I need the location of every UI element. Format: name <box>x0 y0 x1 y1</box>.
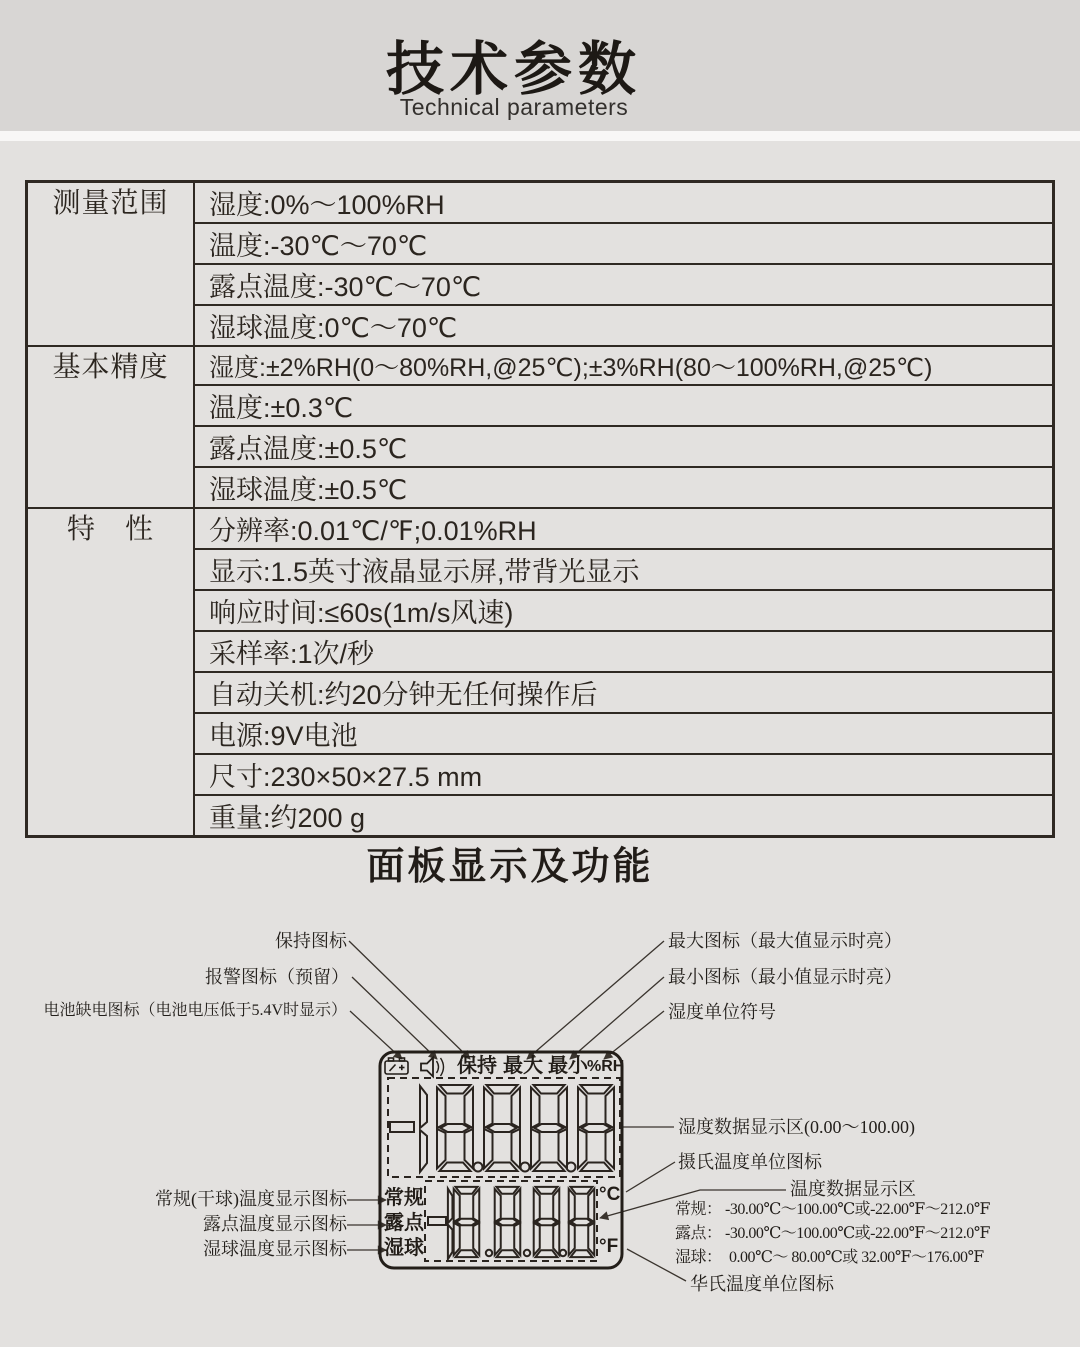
decimal-points <box>474 1163 576 1172</box>
panel-section-title: 面板显示及功能 <box>366 846 653 888</box>
spec-table: 测量范围 湿度:0%～100%RH 温度:-30℃～70℃ 露点温度:-30℃～… <box>25 180 1055 838</box>
callout-rh-unit: 湿度单位符号 <box>668 1001 776 1024</box>
spec-cell: 湿度:±2%RH(0～80%RH,@25℃);±3%RH(80～100%RH,@… <box>194 346 1054 385</box>
digit-8 <box>531 1085 567 1171</box>
spec-cell: 电源:9V电池 <box>194 713 1054 754</box>
digit-8 <box>484 1085 520 1171</box>
digit-8 <box>454 1187 480 1257</box>
callout-battery-icon: 电池缺电图标（电池电压低于5.4V时显示） <box>43 1001 347 1022</box>
spec-cell: 响应时间:≤60s(1m/s风速) <box>194 590 1054 631</box>
divider-strip <box>0 131 1080 141</box>
digit-8 <box>534 1187 560 1257</box>
callout-celsius-icon: 摄氏温度单位图标 <box>678 1151 822 1174</box>
digit-8 <box>569 1187 595 1257</box>
spec-cell: 温度:±0.3℃ <box>194 385 1054 426</box>
spec-cell: 分辨率:0.01℃/℉;0.01%RH <box>194 508 1054 549</box>
spec-cell: 露点温度:±0.5℃ <box>194 426 1054 467</box>
lcd-celsius-unit: °C <box>599 1185 620 1206</box>
callout-hold-icon: 保持图标 <box>275 930 347 953</box>
temp-range-wetbulb: 湿球： 0.00℃～ 80.00℃或 32.00℉～176.00℉ <box>675 1248 984 1269</box>
lcd-dewpoint-label: 露点 <box>384 1212 424 1234</box>
callout-dewpoint-temp-icon: 露点温度显示图标 <box>203 1213 347 1236</box>
spec-cell: 露点温度:-30℃～70℃ <box>194 264 1054 305</box>
spec-cell: 采样率:1次/秒 <box>194 631 1054 672</box>
table-row: 基本精度 湿度:±2%RH(0～80%RH,@25℃);±3%RH(80～100… <box>27 346 1054 385</box>
spec-cell: 尺寸:230×50×27.5 mm <box>194 754 1054 795</box>
spec-cell: 湿度:0%～100%RH <box>194 182 1054 224</box>
lcd-body <box>380 1052 622 1268</box>
callout-alarm-icon: 报警图标（预留） <box>205 966 349 989</box>
callout-temp-area: 温度数据显示区 <box>790 1178 916 1201</box>
callout-wetbulb-temp-icon: 湿球温度显示图标 <box>203 1238 347 1261</box>
panel-section-header: 面板显示及功能 <box>0 835 1050 890</box>
temperature-display-zone <box>425 1181 597 1261</box>
spec-group-label-range: 测量范围 <box>27 182 195 347</box>
page-subtitle: Technical parameters <box>0 94 1054 121</box>
table-row: 测量范围 湿度:0%～100%RH <box>27 182 1054 224</box>
lcd-wetbulb-label: 湿球 <box>384 1237 424 1259</box>
lcd-normal-label: 常规 <box>384 1187 424 1209</box>
spec-cell: 重量:约200 g <box>194 795 1054 837</box>
callout-max-icon: 最大图标（最大值显示时亮） <box>668 930 902 953</box>
lcd-hold-label: 保持 <box>457 1055 497 1077</box>
humidity-display-zone <box>388 1078 620 1177</box>
table-row: 特 性 分辨率:0.01℃/℉;0.01%RH <box>27 508 1054 549</box>
spec-cell: 自动关机:约20分钟无任何操作后 <box>194 672 1054 713</box>
temp-range-dewpoint: 露点： -30.00℃～100.00℃或-22.00℉～212.0℉ <box>675 1224 990 1245</box>
decimal-points <box>486 1250 566 1256</box>
temp-range-normal: 常规： -30.00℃～100.00℃或-22.00℉～212.0℉ <box>675 1200 990 1221</box>
callout-normal-temp-icon: 常规(干球)温度显示图标 <box>155 1188 347 1211</box>
spec-group-label-accuracy: 基本精度 <box>27 346 195 508</box>
spec-cell: 温度:-30℃～70℃ <box>194 223 1054 264</box>
spec-cell: 湿球温度:0℃～70℃ <box>194 305 1054 346</box>
digit-1-half <box>448 1189 453 1260</box>
lcd-max-label: 最大 <box>503 1055 543 1077</box>
lcd-min-label: 最小 <box>548 1055 588 1077</box>
product-spec-page: 技术参数 Technical parameters 测量范围 湿度:0%～100… <box>0 0 1080 1347</box>
digit-1-half <box>420 1086 427 1172</box>
callout-min-icon: 最小图标（最小值显示时亮） <box>668 966 902 989</box>
digit-8 <box>578 1085 614 1171</box>
callout-fahrenheit-icon: 华氏温度单位图标 <box>690 1273 834 1296</box>
lcd-fahrenheit-unit: °F <box>599 1237 618 1258</box>
spec-cell: 显示:1.5英寸液晶显示屏,带背光显示 <box>194 549 1054 590</box>
spec-cell: 湿球温度:±0.5℃ <box>194 467 1054 508</box>
speaker-icon <box>421 1058 444 1077</box>
minus-segment <box>428 1217 446 1225</box>
lcd-rh-unit: %RH <box>587 1058 624 1076</box>
minus-segment <box>390 1122 414 1132</box>
spec-group-label-features: 特 性 <box>27 508 195 837</box>
digit-8 <box>495 1187 521 1257</box>
digit-8 <box>437 1085 473 1171</box>
callout-humidity-area: 湿度数据显示区(0.00～100.00) <box>678 1116 915 1139</box>
battery-low-icon <box>385 1058 408 1074</box>
